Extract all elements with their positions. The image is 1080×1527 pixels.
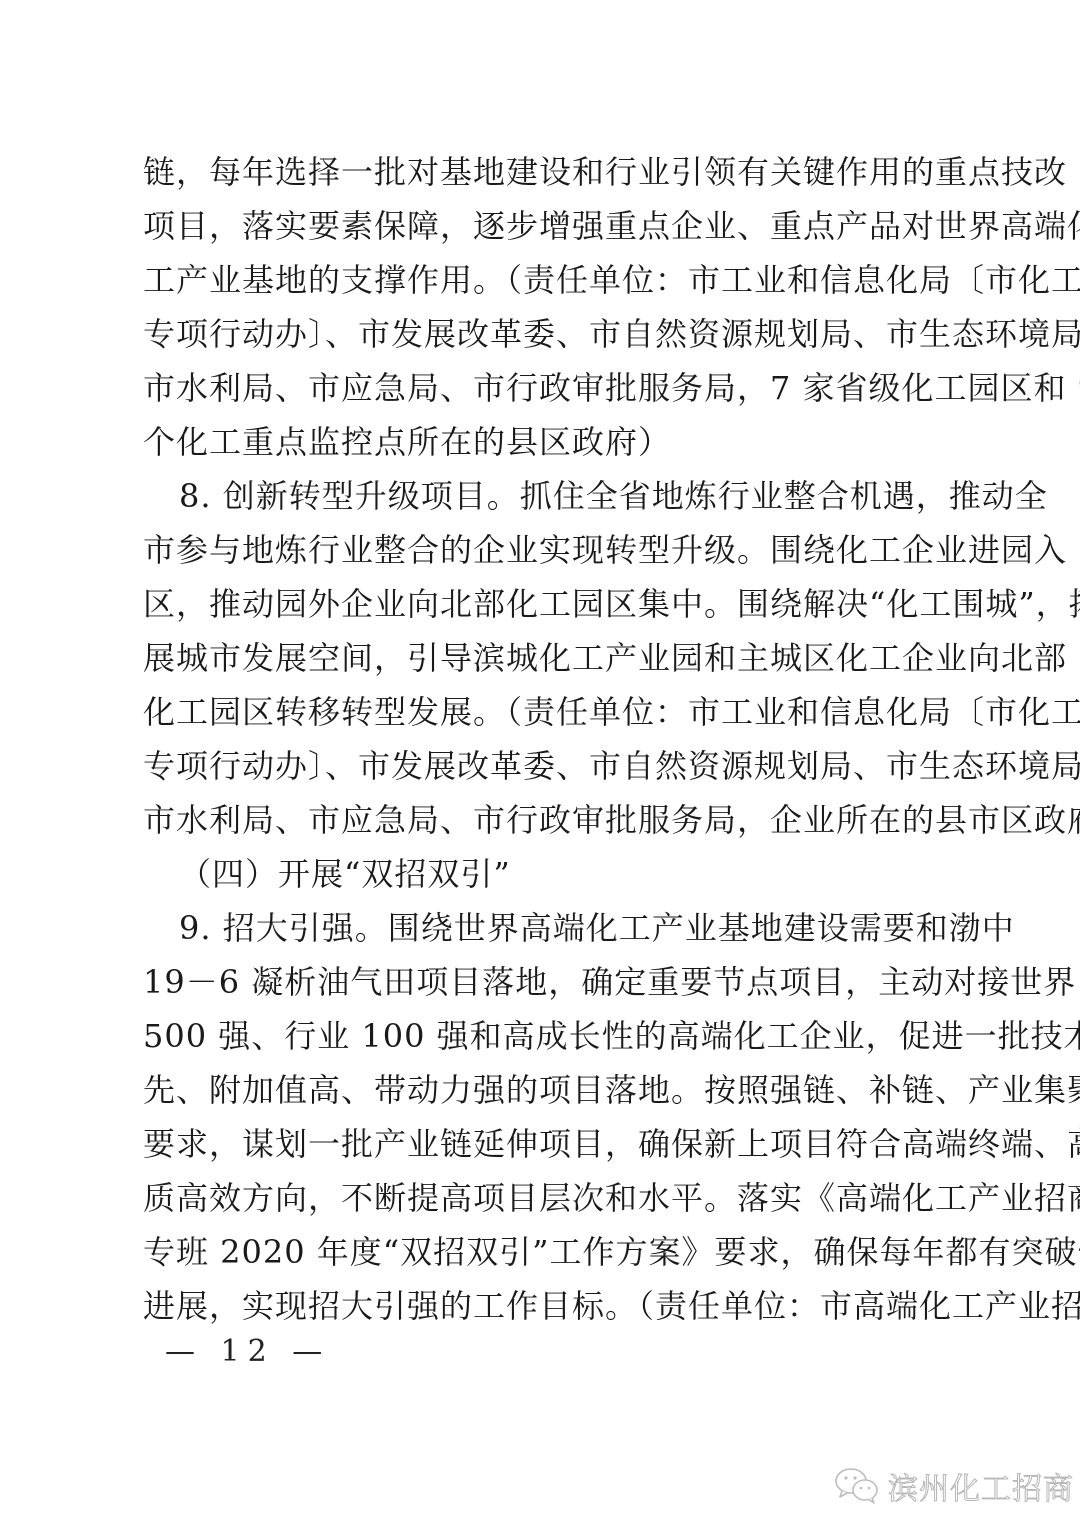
text-line: 要求，谋划一批产业链延伸项目，确保新上项目符合高端终端、高 [143, 1117, 943, 1171]
text-line: 专项行动办〕、市发展改革委、市自然资源规划局、市生态环境局、 [143, 739, 943, 793]
text-line: 展城市发展空间，引导滨城化工产业园和主城区化工企业向北部 [143, 631, 943, 685]
text-line: 项目，落实要素保障，逐步增强重点企业、重点产品对世界高端化 [143, 199, 943, 253]
watermark-text: 滨州化工招商 [888, 1464, 1074, 1508]
text-line-item-9: 9. 招大引强。围绕世界高端化工产业基地建设需要和渤中 [143, 901, 943, 955]
section-heading: （四）开展“双招双引” [143, 847, 943, 901]
document-body: 链，每年选择一批对基地建设和行业引领有关键作用的重点技改 项目，落实要素保障，逐… [143, 145, 943, 1333]
wechat-icon [834, 1466, 880, 1506]
document-page: 链，每年选择一批对基地建设和行业引领有关键作用的重点技改 项目，落实要素保障，逐… [0, 0, 1080, 1527]
text-line: 市水利局、市应急局、市行政审批服务局，企业所在的县市区政府） [143, 793, 943, 847]
page-number: — 12 — [165, 1334, 330, 1370]
text-line: 质高效方向，不断提高项目层次和水平。落实《高端化工产业招商 [143, 1171, 943, 1225]
text-line: 市参与地炼行业整合的企业实现转型升级。围绕化工企业进园入 [143, 523, 943, 577]
text-line: 进展，实现招大引强的工作目标。（责任单位：市高端化工产业招 [143, 1279, 943, 1333]
text-line: 先、附加值高、带动力强的项目落地。按照强链、补链、产业集聚的 [143, 1063, 943, 1117]
watermark: 滨州化工招商 [834, 1464, 1074, 1508]
text-line: 链，每年选择一批对基地建设和行业引领有关键作用的重点技改 [143, 145, 943, 199]
text-line: 区，推动园外企业向北部化工园区集中。围绕解决“化工围城”，拓 [143, 577, 943, 631]
text-line: 个化工重点监控点所在的县区政府） [143, 415, 943, 469]
text-line: 市水利局、市应急局、市行政审批服务局，7 家省级化工园区和 9 [143, 361, 943, 415]
text-line: 专项行动办〕、市发展改革委、市自然资源规划局、市生态环境局、 [143, 307, 943, 361]
text-line-item-8: 8. 创新转型升级项目。抓住全省地炼行业整合机遇，推动全 [143, 469, 943, 523]
text-line: 19－6 凝析油气田项目落地，确定重要节点项目，主动对接世界 [143, 955, 943, 1009]
text-line: 工产业基地的支撑作用。（责任单位：市工业和信息化局〔市化工 [143, 253, 943, 307]
text-line: 专班 2020 年度“双招双引”工作方案》要求，确保每年都有突破性 [143, 1225, 943, 1279]
text-line: 500 强、行业 100 强和高成长性的高端化工企业，促进一批技术领 [143, 1009, 943, 1063]
text-line: 化工园区转移转型发展。（责任单位：市工业和信息化局〔市化工 [143, 685, 943, 739]
